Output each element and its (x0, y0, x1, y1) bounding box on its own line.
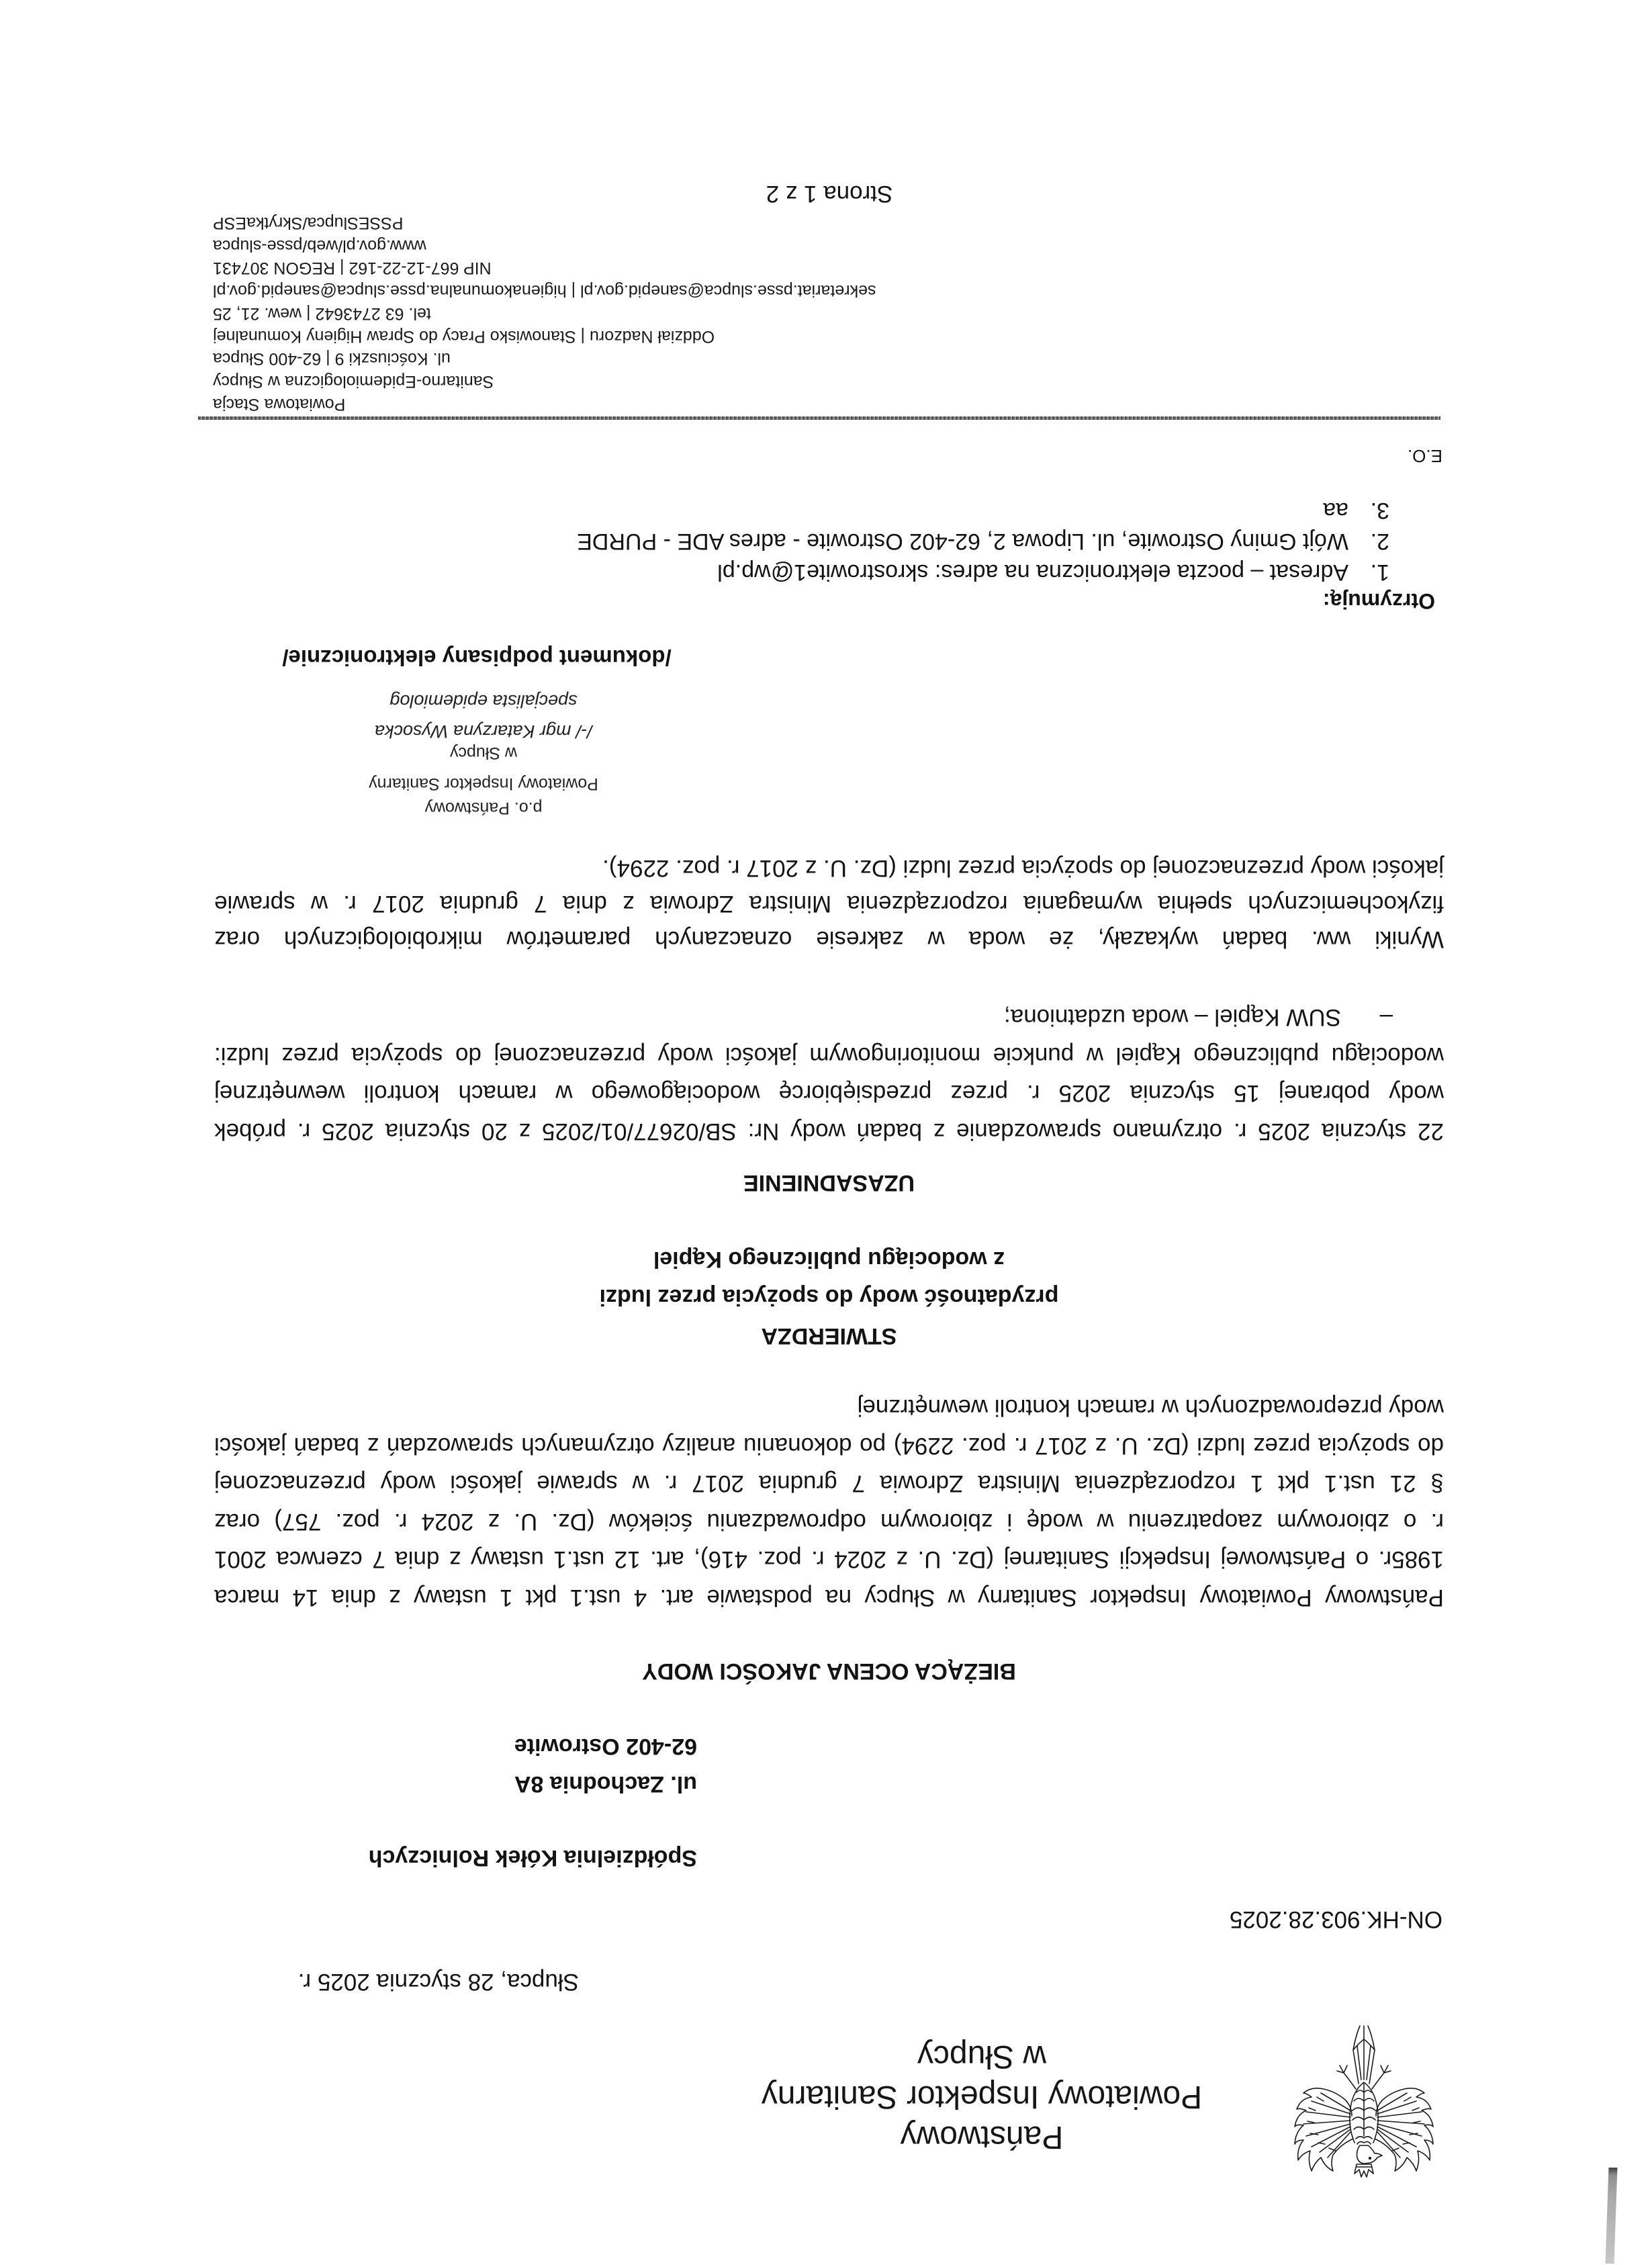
eagle-linework (1295, 2026, 1433, 2177)
decision-line: z wodociągu publicznego Kąpiel (214, 1241, 1444, 1278)
results-line: Wyniki ww. badań wykazały, że woda w zak… (214, 922, 1444, 957)
justification-heading: UZASADNIENIE (214, 1169, 1444, 1196)
footer-line: Sanitarno-Epidemiologiczna w Słupcy (213, 370, 876, 393)
decision-heading: STWIERDZA (214, 1322, 1444, 1349)
signature-role: p.o. Państwowy (349, 798, 618, 818)
file-note: E.O. (1408, 445, 1442, 466)
signature-city: w Słupcy (349, 743, 618, 763)
reference-number: ON-HK.903.28.2025 (1230, 1905, 1442, 1933)
footer-contact-block: Powiatowa Stacja Sanitarno-Epidemiologic… (213, 211, 876, 415)
results-line: jakości wody przeznaczonej do spożycia p… (214, 850, 1444, 886)
addressee-street: ul. Zachodnia 8A (514, 1770, 697, 1797)
recipient-text: Wójt Gminy Ostrowite, ul. Lipowa 2, 62-4… (577, 526, 1348, 557)
eagle-left-wing (1375, 2088, 1433, 2171)
page-indicator: Strona 1 z 2 (695, 179, 964, 208)
intro-line: Państwowy Powiatowy Inspektor Sanitarny … (214, 1578, 1444, 1616)
intro-line: 1985r. o Państwowej Inspekcji Sanitarnej… (214, 1540, 1444, 1579)
footer-line: Powiatowa Stacja (213, 392, 876, 415)
bullet-text: SUW Kąpiel – woda uzdatniona; (1004, 998, 1341, 1036)
signature-title: Powiatowy Inspektor Sanitarny (349, 774, 618, 794)
results-line: fizykochemicznych spełnia wymagania rozp… (214, 886, 1444, 922)
justification-line: 22 stycznia 2025 r. otrzymano sprawozdan… (214, 1112, 1444, 1150)
footer-line: www.gov.pl/web/psse-slupca (213, 234, 876, 257)
intro-line: do spożycia przez ludzi (Dz. U. z 2017 r… (214, 1426, 1444, 1464)
justification-paragraph: 22 stycznia 2025 r. otrzymano sprawozdan… (214, 998, 1444, 1150)
signature-position: specjalista epidemiolog (349, 691, 618, 712)
recipient-number: 3. (1371, 495, 1389, 526)
bullet-marker: – (1380, 998, 1393, 1036)
intro-paragraph: Państwowy Powiatowy Inspektor Sanitarny … (214, 1388, 1444, 1616)
intro-line: r. o zbiorowym zaopatrzeniu w wodę i zbi… (214, 1502, 1444, 1540)
intro-line: § 21 ust.1 pkt 1 rozporządzenia Ministra… (214, 1464, 1444, 1503)
addressee-name: Spółdzielnia Kółek Rolniczych (369, 1844, 697, 1871)
electronic-signature-note: /dokument podpisany elektronicznie/ (275, 644, 678, 671)
decision-line: przydatność wody do spożycia przez ludzi (214, 1278, 1444, 1315)
footer-line: Oddział Nadzoru | Stanowisko Pracy do Sp… (213, 324, 876, 347)
footer-line: PSSESlupca/SkrytkaESP (213, 211, 876, 234)
footer-line: ul. Kościuszki 9 | 62-400 Słupca (213, 347, 876, 370)
signature-name: /-/ mgr Katarzyna Wysocka (349, 721, 618, 742)
intro-line: wody przeprowadzonych w ramach kontroli … (214, 1388, 1444, 1426)
recipient-text: Adresat – poczta elektroniczna na adres:… (717, 557, 1348, 588)
place-date: Słupca, 28 stycznia 2025 r. (298, 1967, 579, 1996)
footer-line: tel. 63 2743642 | wew. 21, 25 (213, 302, 876, 324)
header-line-inspector: Powiatowy Inspektor Sanitarny (713, 2076, 1250, 2117)
footer-line: sekretariat.psse.slupca@sanepid.gov.pl |… (213, 279, 876, 302)
recipient-text: aa (1323, 495, 1348, 526)
bullet-item: – SUW Kąpiel – woda uzdatniona; (214, 998, 1444, 1036)
footer-divider (198, 416, 1440, 420)
recipients-heading: Otrzymują: (1323, 588, 1435, 614)
polish-eagle-emblem-icon (1294, 2025, 1434, 2178)
recipient-number: 2. (1371, 526, 1389, 557)
decision-statement: przydatność wody do spożycia przez ludzi… (214, 1241, 1444, 1315)
recipient-number: 1. (1371, 557, 1389, 588)
footer-line: NIP 667-12-22-162 | REGON 307431 (213, 257, 876, 279)
document-title: BIEŻĄCA OCENA JAKOŚCI WODY (214, 1657, 1444, 1685)
justification-line: wodociągu publicznego Kąpiel w punkcie m… (214, 1036, 1444, 1074)
institution-header: Państwowy Powiatowy Inspektor Sanitarny … (713, 2036, 1250, 2157)
header-line-city: w Słupcy (713, 2036, 1250, 2076)
results-paragraph: Wyniki ww. badań wykazały, że woda w zak… (214, 850, 1444, 957)
justification-line: wody pobranej 15 stycznia 2025 r. przez … (214, 1074, 1444, 1112)
scan-artifact-mark (1606, 2168, 1618, 2264)
emblem (1294, 2025, 1434, 2178)
eagle-right-wing (1295, 2066, 1356, 2171)
header-line-state: Państwowy (713, 2117, 1250, 2157)
scanned-letter-page: Państwowy Powiatowy Inspektor Sanitarny … (0, 0, 1652, 2265)
addressee-city: 62-402 Ostrowite (514, 1732, 697, 1760)
